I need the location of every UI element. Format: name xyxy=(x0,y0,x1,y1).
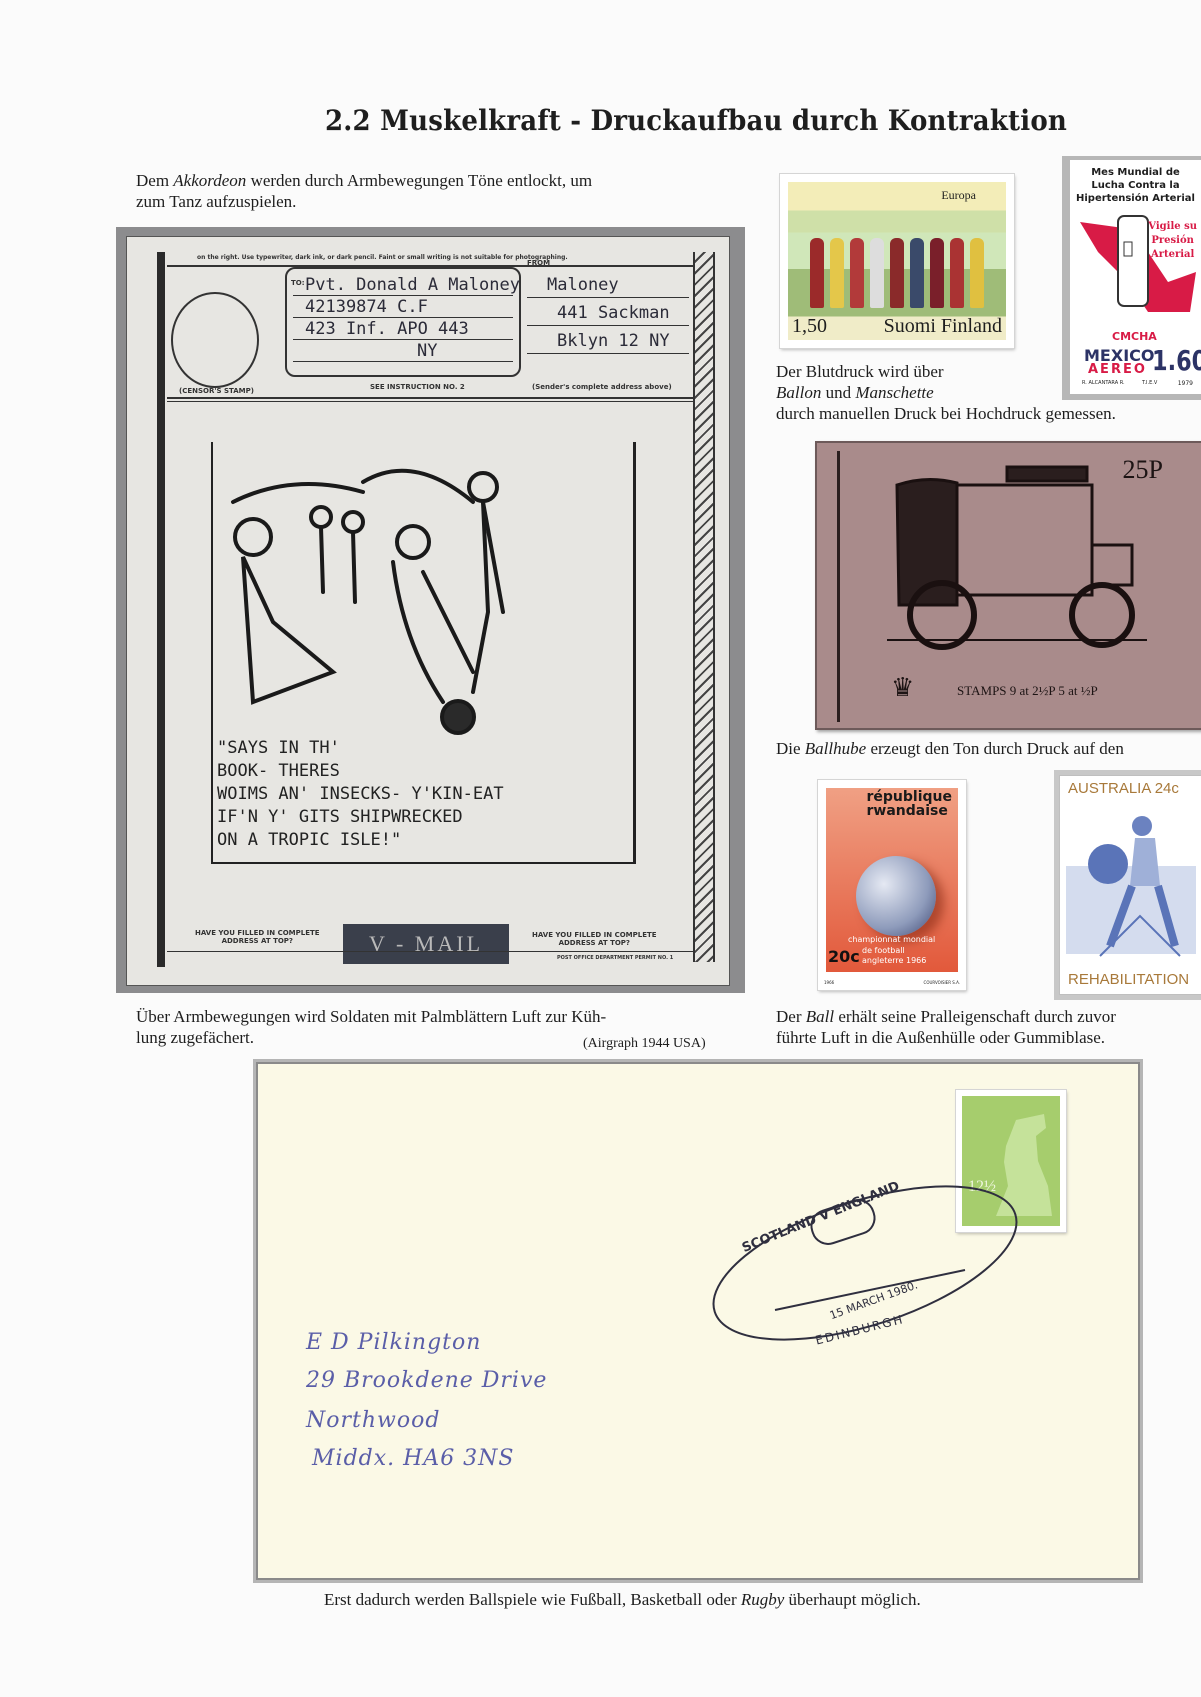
vmail-instruction: on the right. Use typewriter, dark ink, … xyxy=(197,254,568,261)
stamp-finland: Europa 1,50 Suomi Finland xyxy=(780,174,1014,348)
reminder-left: HAVE YOU FILLED IN COMPLETE ADDRESS AT T… xyxy=(195,929,320,945)
vmail-left-bar xyxy=(157,252,165,967)
intro-italic: Akkordeon xyxy=(173,171,246,190)
to-line-3: 423 Inf. APO 443 xyxy=(305,319,469,339)
vmail-airgraph: on the right. Use typewriter, dark ink, … xyxy=(126,236,730,986)
crown-icon: ♛ xyxy=(891,673,914,703)
australia-country: AUSTRALIA 24c xyxy=(1068,780,1179,797)
intro-pre: Dem xyxy=(136,171,173,190)
vmail-source: (Airgraph 1944 USA) xyxy=(583,1033,706,1054)
horn-caption: Die Ballhube erzeugt den Ton durch Druck… xyxy=(776,738,1124,759)
to-line-4: NY xyxy=(417,341,437,361)
to-address-box: TO: Pvt. Donald A Maloney 42139874 C.F 4… xyxy=(285,267,521,377)
stamp-rwanda: république rwandaise championnat mondial… xyxy=(818,780,966,990)
mexico-org: CMCHA xyxy=(1112,330,1157,343)
address-line-1: E D Pilkington xyxy=(306,1330,481,1355)
intro-post: werden durch Armbewegungen Töne entlockt… xyxy=(246,171,592,190)
permit-text: POST OFFICE DEPARTMENT PERMIT NO. 1 xyxy=(557,955,673,961)
to-label: TO: xyxy=(291,279,305,287)
booklet-spine xyxy=(837,451,840,722)
taxi-cab-icon xyxy=(887,465,1147,650)
rwanda-value: 20c xyxy=(828,947,860,966)
child-with-ball-icon xyxy=(1080,806,1190,966)
from-line-2: 441 Sackman xyxy=(557,303,670,323)
finland-country: Suomi Finland xyxy=(884,315,1002,338)
football-icon xyxy=(856,856,936,936)
rwanda-image: république rwandaise championnat mondial… xyxy=(826,788,958,972)
see-instruction: SEE INSTRUCTION NO. 2 xyxy=(370,383,465,391)
vmail-hatch-border xyxy=(693,252,715,962)
folk-dance-image: Europa 1,50 Suomi Finland xyxy=(788,182,1006,340)
intro-text: Dem Akkordeon werden durch Armbewegungen… xyxy=(136,170,736,212)
to-line-1: Pvt. Donald A Maloney xyxy=(305,275,520,295)
stamp-mexico: Mes Mundial de Lucha Contra la Hipertens… xyxy=(1070,160,1201,394)
rwanda-country: république rwandaise xyxy=(867,790,953,818)
mexico-slogan: Vigile su Presión Arterial xyxy=(1148,220,1197,262)
address-line-4: Middx. HA6 3NS xyxy=(312,1446,515,1471)
censor-stamp-circle xyxy=(171,292,259,388)
stamp-booklet: 25P ♛ STAMPS 9 at 2½P 5 at ½P xyxy=(815,441,1201,730)
vmail-caption-line1: Über Armbewegungen wird Soldaten mit Pal… xyxy=(136,1007,606,1026)
australia-theme: REHABILITATION xyxy=(1068,971,1189,988)
from-line-1: Maloney xyxy=(547,275,619,295)
blood-pressure-caption: Der Blutdruck wird über Ballon und Mansc… xyxy=(776,361,1201,424)
sender-note: (Sender's complete address above) xyxy=(532,383,672,391)
from-line-3: Bklyn 12 NY xyxy=(557,331,670,351)
finland-label: Europa xyxy=(941,188,976,203)
mexico-heading: Mes Mundial de Lucha Contra la Hipertens… xyxy=(1070,166,1201,205)
booklet-price: 25P xyxy=(1123,455,1163,485)
vmail-logo: V - MAIL xyxy=(343,924,509,964)
stamp-australia: AUSTRALIA 24c REHABILITATION xyxy=(1059,775,1201,995)
finland-value: 1,50 xyxy=(792,315,827,338)
booklet-contents: STAMPS 9 at 2½P 5 at ½P xyxy=(957,683,1098,699)
cartoon-figures-icon xyxy=(213,442,633,742)
censor-label: (CENSOR'S STAMP) xyxy=(179,387,254,395)
from-label: FROM xyxy=(527,259,550,267)
address-line-2: 29 Brookdene Drive xyxy=(306,1368,547,1393)
reminder-right: HAVE YOU FILLED IN COMPLETE ADDRESS AT T… xyxy=(532,931,657,947)
to-line-2: 42139874 C.F xyxy=(305,297,428,317)
vmail-caption-line2: lung zugefächert. xyxy=(136,1028,254,1047)
ball-caption: Der Ball erhält seine Pralleigenschaft d… xyxy=(776,1006,1116,1048)
address-line-3: Northwood xyxy=(306,1408,440,1433)
cartoon-caption: "SAYS IN TH' BOOK- THERES WOIMS AN' INSE… xyxy=(217,737,504,852)
intro-line2: zum Tanz aufzuspielen. xyxy=(136,192,296,211)
bottom-caption: Erst dadurch werden Ballspiele wie Fußba… xyxy=(324,1589,921,1610)
page-title: 2.2 Muskelkraft - Druckaufbau durch Kont… xyxy=(325,104,1067,137)
